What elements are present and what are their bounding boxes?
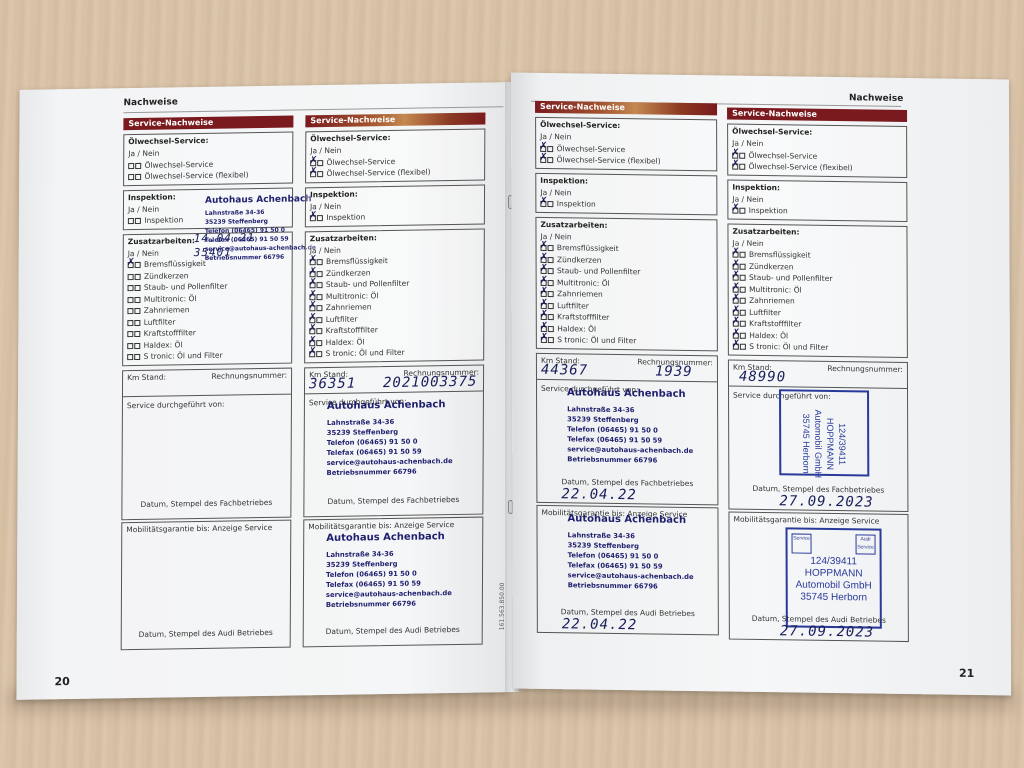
checkbox-icon[interactable] [547, 157, 553, 163]
checklist-label: Multitronic: Öl [141, 294, 196, 304]
service-booklet: Nachweise Service-Nachweise Ölwechsel-Se… [0, 0, 1024, 768]
checklist-label: Multitronic: Öl [555, 278, 610, 288]
checklist-label: Staub- und Pollenfilter [324, 279, 410, 289]
checkbox-icon[interactable] [128, 163, 134, 169]
checkbox-icon[interactable] [128, 274, 134, 280]
checkbox-icon[interactable] [739, 208, 745, 214]
checkbox-icon[interactable] [127, 331, 133, 337]
checkbox-icon[interactable] [316, 294, 322, 300]
stamp-line: Betriebsnummer 66796 [568, 580, 694, 592]
additional-work-title: Zusatzarbeiten: [732, 226, 902, 237]
checkbox-icon[interactable] [127, 297, 133, 303]
checked-box-icon[interactable] [310, 271, 316, 277]
checklist-label: Staub- und Pollenfilter [747, 273, 833, 283]
checklist-label: Luftfilter [141, 317, 175, 327]
checklist-item: Ölwechsel-Service (flexibel) [732, 161, 902, 175]
invoice-label: Rechnungsnummer: [827, 363, 903, 373]
checkbox-icon[interactable] [316, 340, 322, 346]
service-column: Service-Nachweise Ölwechsel-Service: Ja … [535, 101, 719, 635]
checked-box-icon[interactable] [733, 321, 739, 327]
dealer-name: Autohaus Achenbach [567, 388, 693, 400]
checkbox-icon[interactable] [739, 152, 745, 158]
checkbox-icon[interactable] [134, 296, 140, 302]
checkbox-icon[interactable] [135, 218, 141, 224]
checklist-label: Ölwechsel-Service (flexibel) [142, 170, 248, 181]
invoice-value: 1939 [655, 363, 693, 380]
hoppmann-stamp: 124/39411HOPPMANNAutomobil GmbH35745 Her… [779, 389, 869, 476]
mobility-label: Mobilitätsgarantie bis: Anzeige Service [126, 522, 286, 534]
checklist-label: Luftfilter [555, 301, 589, 310]
checkbox-icon[interactable] [134, 319, 140, 325]
checklist-label: Ölwechsel-Service [142, 159, 213, 169]
checkbox-icon[interactable] [740, 344, 746, 350]
stamp-line: 124/39411 [836, 405, 848, 483]
checkbox-icon[interactable] [135, 162, 141, 168]
dealer-name: Autohaus Achenbach [327, 400, 453, 412]
checklist-label: Staub- und Pollenfilter [555, 266, 641, 276]
page-header: Nachweise [123, 97, 177, 108]
checked-box-icon[interactable] [310, 259, 316, 265]
section-banner: Service-Nachweise [123, 116, 293, 131]
vw-service-logo: Service [792, 533, 812, 553]
checklist-item: S tronic: Öl und Filter [127, 349, 287, 363]
stamp-line: 35745 Herborn [800, 404, 812, 482]
checkbox-icon[interactable] [128, 285, 134, 291]
checkbox-icon[interactable] [548, 268, 554, 274]
checkbox-icon[interactable] [134, 354, 140, 360]
stamp-line: HOPPMANN [824, 404, 836, 482]
inspection-title: Inspektion: [540, 175, 712, 186]
checklist-label: Ölwechsel-Service (flexibel) [554, 155, 660, 165]
stamp-line: service@autohaus-achenbach.de [327, 456, 453, 468]
inspection-box: Inspektion: Ja / Nein Inspektion [305, 184, 485, 227]
km-invoice-box: Km Stand: Rechnungsnummer: 44367 1939 Se… [536, 352, 719, 505]
inspection-box: Inspektion: Ja / Nein Inspektion [535, 172, 717, 215]
dealer-name: Autohaus Achenbach [326, 532, 452, 544]
km-value: 44367 [541, 361, 588, 378]
km-row: Km Stand: Rechnungsnummer: [123, 370, 291, 397]
checklist-label: Zahnriemen [323, 302, 371, 312]
service-date: 22.04.22 [561, 486, 636, 503]
service-date: 27.09.2023 [779, 493, 873, 510]
checked-box-icon[interactable] [733, 309, 739, 315]
mobility-date: 27.09.2023 [780, 623, 874, 640]
checklist-item: S tronic: Öl und Filter [733, 341, 903, 355]
right-page: Nachweise Service-Nachweise Ölwechsel-Se… [511, 73, 1011, 696]
mobility-label: Mobilitätsgarantie bis: Anzeige Service [308, 519, 478, 531]
checklist-label: Zündkerzen [324, 268, 371, 278]
checkbox-icon[interactable] [128, 174, 134, 180]
mobility-box: Mobilitätsgarantie bis: Anzeige Service … [536, 504, 718, 635]
checklist-label: Kraftstofffilter [747, 319, 802, 329]
section-banner: Service-Nachweise [535, 101, 717, 116]
checklist-label: Haldex: Öl [141, 340, 182, 350]
checkbox-icon[interactable] [548, 280, 554, 286]
checklist-label: Bremsflüssigkeit [324, 256, 388, 266]
additional-work-box: Zusatzarbeiten: Ja / Nein Bremsflüssigke… [727, 223, 907, 358]
page-header: Nachweise [849, 93, 903, 104]
checkbox-icon[interactable] [134, 342, 140, 348]
date-stamp-label: Datum, Stempel des Fachbetriebes [304, 494, 482, 506]
stamp-line: service@autohaus-achenbach.de [326, 588, 452, 600]
checkbox-icon[interactable] [548, 326, 554, 332]
checkbox-icon[interactable] [316, 317, 322, 323]
checklist-label: Zahnriemen [555, 289, 603, 299]
invoice-value: 2021003375 [383, 373, 477, 390]
checked-box-icon[interactable] [541, 325, 547, 331]
km-invoice-box: Km Stand: Rechnungsnummer: 48990 Service… [728, 359, 909, 512]
mobility-label: Mobilitätsgarantie bis: Anzeige Service [733, 514, 903, 525]
checkbox-icon[interactable] [740, 332, 746, 338]
checklist-label: S tronic: Öl und Filter [747, 342, 828, 352]
checkbox-icon[interactable] [317, 160, 323, 166]
mobility-box: Mobilitätsgarantie bis: Anzeige Service … [121, 519, 292, 650]
checkbox-icon[interactable] [316, 305, 322, 311]
inspection-title: Inspektion: [310, 187, 480, 199]
km-value: 36351 [309, 375, 356, 392]
oil-service-box: Ölwechsel-Service: Ja / Nein Ölwechsel-S… [727, 124, 907, 178]
checkbox-icon[interactable] [317, 259, 323, 265]
dealer-name: Autohaus Achenbach [567, 514, 693, 526]
checklist-label: S tronic: Öl und Filter [323, 348, 404, 358]
checked-box-icon[interactable] [732, 152, 738, 158]
checklist-item: Ölwechsel-Service (flexibel) [128, 169, 288, 183]
checklist-label: Kraftstofffilter [323, 325, 378, 335]
date-stamp-label: Datum, Stempel des Fachbetriebes [122, 497, 290, 509]
performed-by-label: Service durchgeführt von: [127, 398, 287, 410]
mobility-box: Mobilitätsgarantie bis: Anzeige Service … [728, 511, 908, 642]
checkbox-icon[interactable] [740, 321, 746, 327]
checked-box-icon[interactable] [309, 328, 315, 334]
dealer-name: Autohaus Achenbach [205, 195, 316, 206]
checkbox-icon[interactable] [548, 245, 554, 251]
km-invoice-box: Km Stand: Rechnungsnummer: Service durch… [121, 367, 292, 520]
checkbox-icon[interactable] [548, 337, 554, 343]
checklist-label: Haldex: Öl [323, 337, 364, 347]
checked-box-icon[interactable] [309, 305, 315, 311]
oil-service-title: Ölwechsel-Service: [540, 120, 712, 131]
checked-box-icon[interactable] [540, 201, 546, 207]
checked-box-icon[interactable] [541, 337, 547, 343]
checkbox-icon[interactable] [316, 351, 322, 357]
checked-box-icon[interactable] [541, 291, 547, 297]
checklist-label: Ölwechsel-Service [324, 156, 395, 166]
audi-stamp-label: Datum, Stempel des Audi Betriebes [122, 627, 290, 639]
checklist-label: Kraftstofffilter [141, 328, 196, 338]
audi-service-logo: Audi Service [856, 534, 876, 554]
section-banner: Service-Nachweise [727, 108, 907, 123]
checkbox-icon[interactable] [740, 275, 746, 281]
checked-box-icon[interactable] [541, 256, 547, 262]
checked-box-icon[interactable] [310, 282, 316, 288]
checkbox-icon[interactable] [740, 252, 746, 258]
checklist-label: Luftfilter [747, 307, 781, 316]
checkbox-icon[interactable] [135, 262, 141, 268]
stamp-line: Betriebsnummer 66796 [326, 598, 452, 610]
checked-box-icon[interactable] [733, 344, 739, 350]
checked-box-icon[interactable] [541, 302, 547, 308]
checklist-label: Zündkerzen [555, 255, 602, 265]
additional-work-box: Zusatzarbeiten: Ja / Nein Bremsflüssigke… [535, 216, 717, 351]
checkbox-icon[interactable] [134, 308, 140, 314]
page-number: 21 [959, 667, 974, 680]
invoice-label: Rechnungsnummer: [212, 370, 288, 380]
checklist-label: Kraftstofffilter [555, 312, 610, 322]
checklist-label: Haldex: Öl [555, 324, 596, 334]
checklist-label: Bremsflüssigkeit [142, 259, 206, 269]
checked-box-icon[interactable] [310, 160, 316, 166]
stamp-line: Automobil GmbH [790, 579, 878, 592]
checkbox-icon[interactable] [740, 263, 746, 269]
checklist-label: Ölwechsel-Service [746, 150, 817, 160]
checkbox-icon[interactable] [740, 309, 746, 315]
checklist-item: Inspektion [310, 210, 480, 224]
checked-box-icon[interactable] [540, 157, 546, 163]
checkbox-icon[interactable] [134, 331, 140, 337]
stamp-line: Betriebsnummer 66796 [205, 252, 316, 263]
inspection-title: Inspektion: [732, 182, 902, 193]
oil-service-box: Ölwechsel-Service: Ja / Nein Ölwechsel-S… [123, 132, 293, 186]
mobility-box: Mobilitätsgarantie bis: Anzeige Service … [303, 516, 484, 647]
checkbox-icon[interactable] [548, 291, 554, 297]
checklist-item: Inspektion [732, 205, 902, 219]
audi-stamp-label: Datum, Stempel des Audi Betriebes [304, 624, 482, 636]
oil-service-box: Ölwechsel-Service: Ja / Nein Ölwechsel-S… [535, 117, 717, 171]
checked-box-icon[interactable] [310, 215, 316, 221]
checked-box-icon[interactable] [732, 164, 738, 170]
checklist-item: Ölwechsel-Service (flexibel) [310, 166, 480, 180]
checklist-item: S tronic: Öl und Filter [541, 334, 713, 348]
checkbox-icon[interactable] [547, 201, 553, 207]
checklist-label: Ölwechsel-Service (flexibel) [324, 167, 430, 178]
service-column: Service-Nachweise Ölwechsel-Service: Ja … [727, 108, 909, 642]
checked-box-icon[interactable] [309, 317, 315, 323]
km-value: 48990 [739, 368, 786, 385]
oil-service-title: Ölwechsel-Service: [732, 127, 902, 138]
km-label: Km Stand: [127, 372, 166, 382]
checklist-label: Inspektion [324, 212, 365, 222]
checklist-label: Multitronic: Öl [323, 291, 378, 301]
mobility-date: 22.04.22 [562, 616, 637, 633]
checklist-label: Zahnriemen [141, 305, 189, 315]
checkbox-icon[interactable] [317, 282, 323, 288]
km-row: Km Stand: Rechnungsnummer: 36351 2021003… [305, 367, 483, 394]
checked-box-icon[interactable] [128, 262, 134, 268]
checklist-label: S tronic: Öl und Filter [555, 335, 636, 345]
page-number: 20 [54, 675, 69, 688]
checklist-label: Inspektion [554, 199, 595, 209]
checkbox-icon[interactable] [128, 218, 134, 224]
checkbox-icon[interactable] [548, 314, 554, 320]
km-invoice-box: Km Stand: Rechnungsnummer: 36351 2021003… [303, 364, 484, 517]
dealer-stamp: Autohaus Achenbach Lahnstraße 34-3635239… [327, 400, 453, 478]
checkbox-icon[interactable] [548, 257, 554, 263]
checked-box-icon[interactable] [541, 245, 547, 251]
left-page: Nachweise Service-Nachweise Ölwechsel-Se… [16, 82, 511, 700]
checkbox-icon[interactable] [316, 328, 322, 334]
checklist-label: Inspektion [142, 215, 183, 225]
checkbox-icon[interactable] [547, 146, 553, 152]
checkbox-icon[interactable] [317, 215, 323, 221]
mobility-stamp: Autohaus Achenbach Lahnstraße 34-3635239… [326, 532, 452, 610]
checkbox-icon[interactable] [135, 285, 141, 291]
additional-work-title: Zusatzarbeiten: [540, 219, 712, 230]
checkbox-icon[interactable] [127, 308, 133, 314]
stamp-line: Betriebsnummer 66796 [327, 466, 453, 478]
checked-box-icon[interactable] [732, 208, 738, 214]
mobility-stamp: Autohaus Achenbach Lahnstraße 34-3635239… [567, 514, 693, 592]
inspection-box: Inspektion: Ja / Nein Inspektion [727, 179, 907, 222]
checkbox-icon[interactable] [127, 354, 133, 360]
checked-box-icon[interactable] [733, 252, 739, 258]
checkbox-icon[interactable] [127, 320, 133, 326]
checklist-label: Zahnriemen [747, 296, 795, 306]
section-banner: Service-Nachweise [305, 113, 485, 128]
checked-box-icon[interactable] [733, 332, 739, 338]
checklist-label: Bremsflüssigkeit [555, 243, 619, 253]
oil-service-box: Ölwechsel-Service: Ja / Nein Ölwechsel-S… [305, 129, 485, 183]
checklist-label: Luftfilter [323, 314, 357, 324]
service-column: Service-Nachweise Ölwechsel-Service: Ja … [303, 113, 486, 647]
checked-box-icon[interactable] [541, 268, 547, 274]
additional-work-box: Zusatzarbeiten: Ja / Nein Bremsflüssigke… [304, 228, 485, 363]
checkbox-icon[interactable] [135, 174, 141, 180]
checked-box-icon[interactable] [309, 340, 315, 346]
stamp-line: Automobil GmbH [812, 404, 824, 482]
km-row: Km Stand: Rechnungsnummer: 44367 1939 [537, 355, 717, 382]
checklist-label: Multitronic: Öl [747, 284, 802, 294]
checkbox-icon[interactable] [317, 171, 323, 177]
km-row: Km Stand: Rechnungsnummer: 48990 [729, 362, 907, 388]
checkbox-icon[interactable] [135, 273, 141, 279]
checked-box-icon[interactable] [733, 286, 739, 292]
oil-service-title: Ölwechsel-Service: [128, 135, 288, 147]
checked-box-icon[interactable] [733, 275, 739, 281]
checklist-item: Ölwechsel-Service (flexibel) [540, 154, 712, 168]
checklist-label: Haldex: Öl [747, 330, 788, 340]
checkbox-icon[interactable] [739, 164, 745, 170]
checked-box-icon[interactable] [541, 314, 547, 320]
checked-box-icon[interactable] [541, 279, 547, 285]
checkbox-icon[interactable] [740, 298, 746, 304]
checkbox-icon[interactable] [127, 343, 133, 349]
checked-box-icon[interactable] [309, 351, 315, 357]
checklist-item: Inspektion [540, 198, 712, 212]
checkbox-icon[interactable] [740, 286, 746, 292]
checklist-label: Zündkerzen [747, 261, 794, 271]
checkbox-icon[interactable] [317, 271, 323, 277]
checklist-label: Ölwechsel-Service (flexibel) [746, 162, 852, 172]
checklist-label: Zündkerzen [142, 271, 189, 281]
checked-box-icon[interactable] [733, 298, 739, 304]
checked-box-icon[interactable] [733, 263, 739, 269]
checked-box-icon[interactable] [310, 171, 316, 177]
dealer-stamp: Autohaus Achenbach Lahnstraße 34-3635239… [567, 388, 693, 466]
stamp-line: Betriebsnummer 66796 [567, 454, 693, 466]
checkbox-icon[interactable] [548, 303, 554, 309]
checked-box-icon[interactable] [540, 145, 546, 151]
hoppmann-stamp: Service Audi Service 124/39411HOPPMANNAu… [785, 527, 881, 628]
checked-box-icon[interactable] [309, 294, 315, 300]
checklist-label: Inspektion [746, 206, 787, 216]
checklist-label: Bremsflüssigkeit [747, 250, 811, 260]
checklist-label: S tronic: Öl und Filter [141, 351, 222, 361]
oil-service-title: Ölwechsel-Service: [310, 132, 480, 144]
checklist-label: Ölwechsel-Service [554, 144, 625, 154]
additional-work-title: Zusatzarbeiten: [310, 231, 480, 243]
checklist-label: Staub- und Pollenfilter [142, 282, 228, 292]
stamp-line: 35745 Herborn [790, 591, 878, 604]
checklist-item: S tronic: Öl und Filter [309, 346, 479, 360]
dealer-stamp-overlay: Autohaus Achenbach Lahnstraße 34-3635239… [205, 195, 317, 263]
